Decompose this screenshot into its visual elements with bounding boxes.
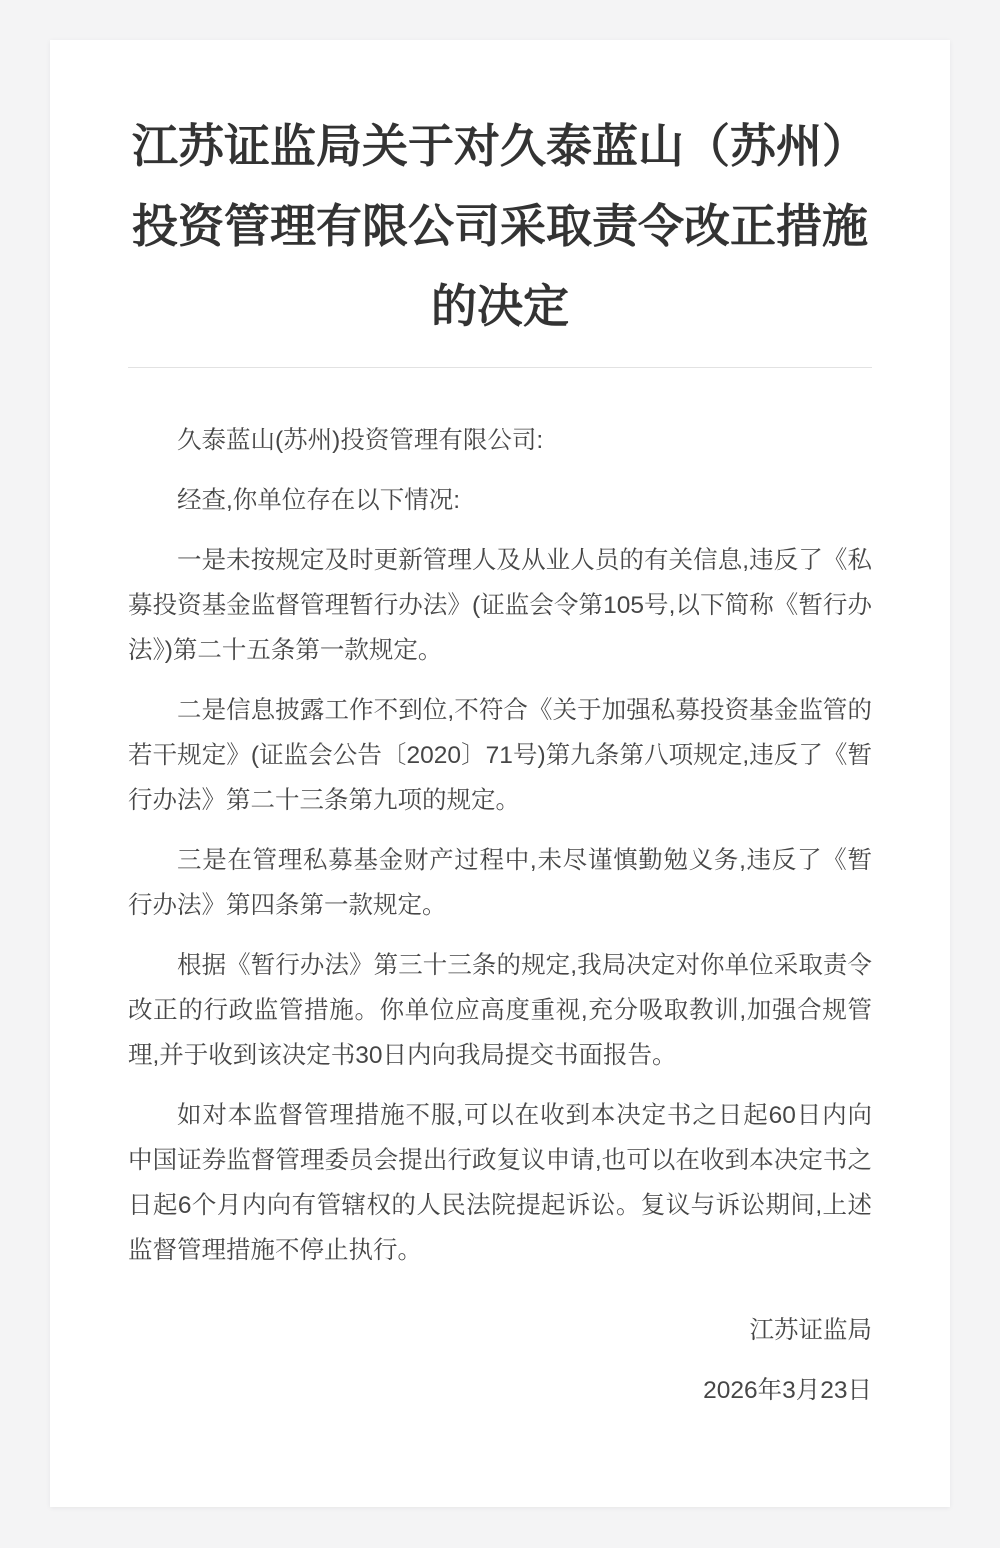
document-date: 2026年3月23日 bbox=[128, 1368, 872, 1413]
paragraph: 久泰蓝山(苏州)投资管理有限公司: bbox=[128, 418, 872, 463]
paragraph: 一是未按规定及时更新管理人及从业人员的有关信息,违反了《私募投资基金监督管理暂行… bbox=[128, 538, 872, 673]
document-title: 江苏证监局关于对久泰蓝山（苏州）投资管理有限公司采取责令改正措施的决定 bbox=[128, 106, 872, 346]
signature: 江苏证监局 bbox=[128, 1308, 872, 1353]
page-background: 江苏证监局关于对久泰蓝山（苏州）投资管理有限公司采取责令改正措施的决定 久泰蓝山… bbox=[0, 0, 1000, 1548]
document-body: 久泰蓝山(苏州)投资管理有限公司:经查,你单位存在以下情况:一是未按规定及时更新… bbox=[128, 418, 872, 1273]
title-divider bbox=[128, 367, 872, 368]
paragraph: 经查,你单位存在以下情况: bbox=[128, 478, 872, 523]
paragraph: 根据《暂行办法》第三十三条的规定,我局决定对你单位采取责令改正的行政监管措施。你… bbox=[128, 943, 872, 1078]
paragraph: 如对本监督管理措施不服,可以在收到本决定书之日起60日内向中国证券监督管理委员会… bbox=[128, 1093, 872, 1273]
document-card: 江苏证监局关于对久泰蓝山（苏州）投资管理有限公司采取责令改正措施的决定 久泰蓝山… bbox=[50, 40, 950, 1507]
paragraph: 三是在管理私募基金财产过程中,未尽谨慎勤勉义务,违反了《暂行办法》第四条第一款规… bbox=[128, 838, 872, 928]
paragraph: 二是信息披露工作不到位,不符合《关于加强私募投资基金监管的若干规定》(证监会公告… bbox=[128, 688, 872, 823]
